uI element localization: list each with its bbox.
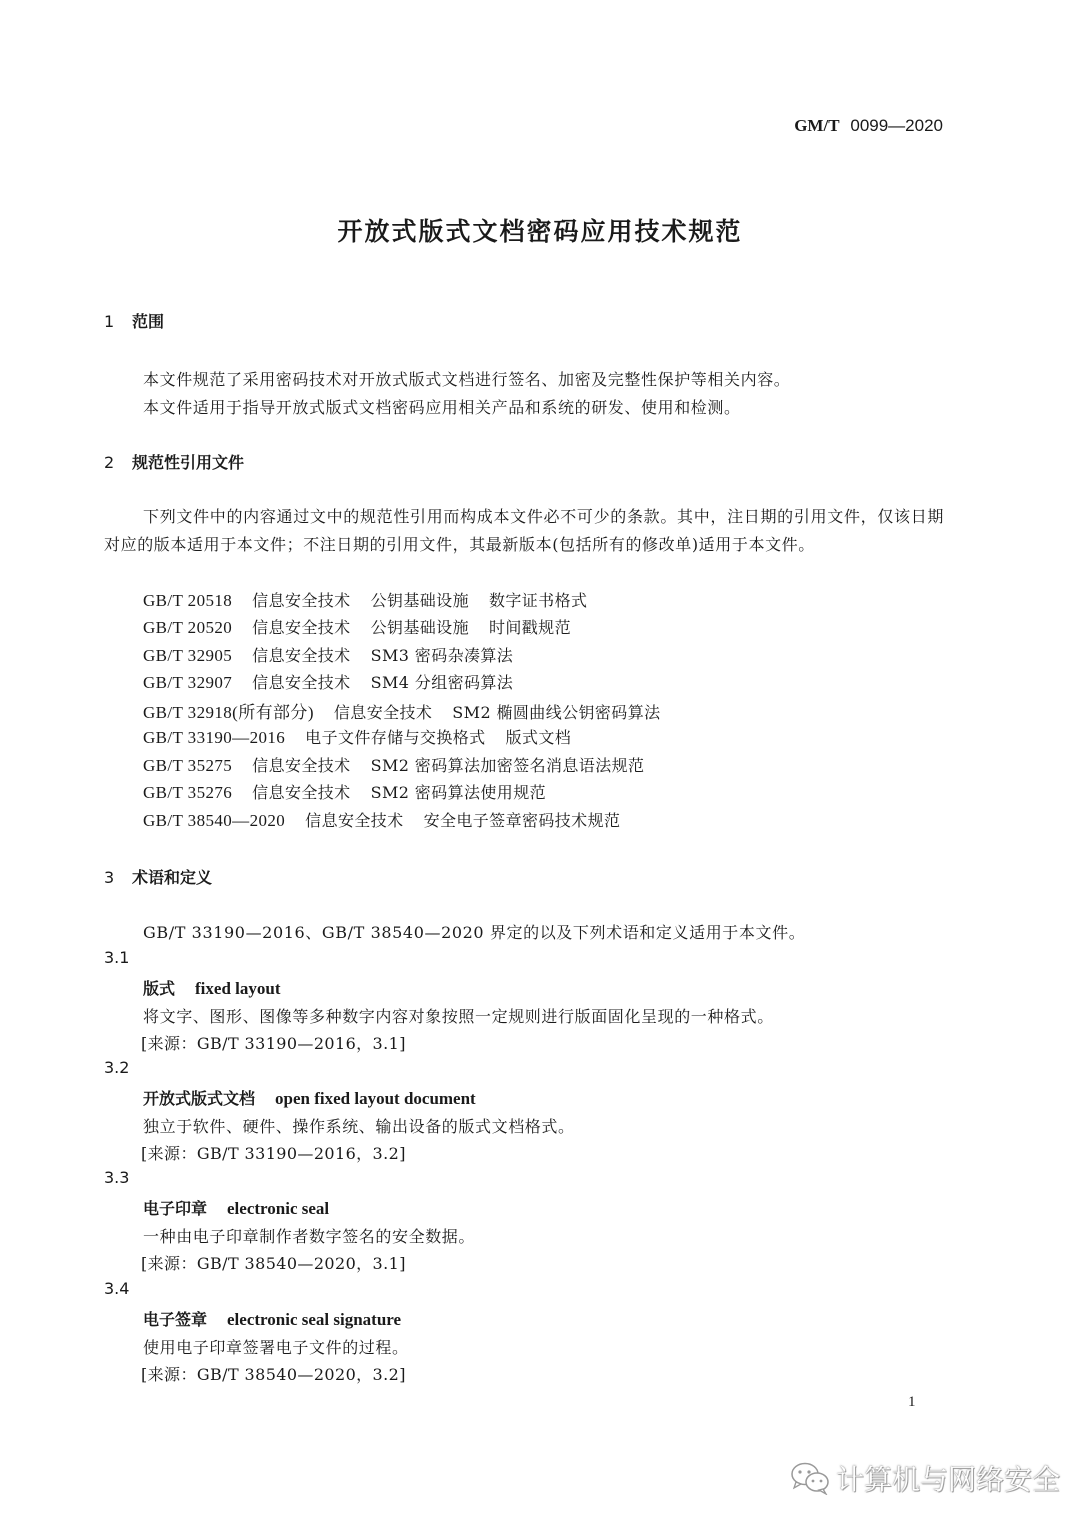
- page-number: 1: [908, 1394, 916, 1411]
- reference-code: GB/T 35276: [143, 783, 232, 802]
- term-name: 开放式版式文档open fixed layout document: [143, 1086, 476, 1109]
- term-name: 电子签章electronic seal signature: [143, 1307, 401, 1330]
- term-source: [来源：GB/T 33190—2016，3.1]: [141, 1031, 406, 1054]
- reference-title-part: 信息安全技术: [252, 618, 350, 637]
- term-definition: 独立于软件、硬件、操作系统、输出设备的版式文档格式。: [143, 1114, 575, 1137]
- references-intro: 下列文件中的内容通过文中的规范性引用而构成本文件必不可少的条款。其中，注日期的引…: [104, 503, 944, 558]
- reference-code: GB/T 32907: [143, 673, 232, 692]
- reference-title-part: 信息安全技术: [252, 591, 350, 610]
- reference-item: GB/T 32918(所有部分)信息安全技术SM2 椭圆曲线公钥密码算法: [143, 698, 661, 723]
- section-heading-3: 3术语和定义: [104, 865, 212, 888]
- reference-item: GB/T 32905信息安全技术SM3 密码杂凑算法: [143, 643, 513, 666]
- reference-title-part: 公钥基础设施: [371, 618, 469, 637]
- term-en: electronic seal signature: [227, 1310, 401, 1329]
- reference-code: GB/T 32918(所有部分): [143, 703, 314, 722]
- section-heading-1: 1范围: [104, 309, 164, 332]
- reference-code: GB/T 38540—2020: [143, 811, 285, 830]
- reference-title-part: 电子文件存储与交换格式: [305, 728, 485, 747]
- reference-title-part: 信息安全技术: [334, 703, 432, 722]
- reference-code: GB/T 20520: [143, 618, 232, 637]
- term-zh: 电子印章: [143, 1199, 207, 1218]
- term-name: 版式fixed layout: [143, 976, 281, 999]
- section-heading-2: 2规范性引用文件: [104, 450, 244, 473]
- watermark-text: 计算机与网络安全: [836, 1458, 1060, 1498]
- reference-title-part: SM2 椭圆曲线公钥密码算法: [452, 703, 660, 722]
- reference-title-part: SM4 分组密码算法: [371, 673, 514, 692]
- reference-item: GB/T 38540—2020信息安全技术安全电子签章密码技术规范: [143, 808, 620, 831]
- reference-title-part: SM2 密码算法加密签名消息语法规范: [371, 756, 645, 775]
- reference-title-part: 信息安全技术: [252, 673, 350, 692]
- std-prefix: GM/T: [794, 116, 839, 135]
- reference-title-part: 时间戳规范: [489, 618, 571, 637]
- standard-number: GM/T 0099—2020: [794, 116, 943, 136]
- reference-title-part: 信息安全技术: [252, 756, 350, 775]
- reference-title-part: 公钥基础设施: [371, 591, 469, 610]
- term-number: 3.1: [104, 948, 129, 967]
- reference-title-part: 版式文档: [506, 728, 572, 747]
- term-number: 3.2: [104, 1058, 129, 1077]
- reference-title-part: 信息安全技术: [252, 646, 350, 665]
- term-number: 3.4: [104, 1279, 129, 1298]
- term-definition: 将文字、图形、图像等多种数字内容对象按照一定规则进行版面固化呈现的一种格式。: [143, 1004, 774, 1027]
- document-title: 开放式版式文档密码应用技术规范: [0, 212, 1080, 248]
- reference-title-part: SM3 密码杂凑算法: [371, 646, 514, 665]
- term-source: [来源：GB/T 33190—2016，3.2]: [141, 1141, 406, 1164]
- term-definition: 使用电子印章签署电子文件的过程。: [143, 1335, 409, 1358]
- wechat-icon: [790, 1461, 830, 1495]
- reference-item: GB/T 35276信息安全技术SM2 密码算法使用规范: [143, 780, 546, 803]
- reference-item: GB/T 20518信息安全技术公钥基础设施数字证书格式: [143, 588, 587, 611]
- reference-title-part: SM2 密码算法使用规范: [371, 783, 546, 802]
- reference-title-part: 数字证书格式: [489, 591, 587, 610]
- scope-paragraph-2: 本文件适用于指导开放式版式文档密码应用相关产品和系统的研发、使用和检测。: [143, 395, 741, 418]
- reference-code: GB/T 20518: [143, 591, 232, 610]
- reference-title-part: 信息安全技术: [305, 811, 403, 830]
- term-en: open fixed layout document: [275, 1089, 476, 1108]
- term-source: [来源：GB/T 38540—2020，3.1]: [141, 1251, 406, 1274]
- term-definition: 一种由电子印章制作者数字签名的安全数据。: [143, 1224, 475, 1247]
- term-number: 3.3: [104, 1168, 129, 1187]
- reference-code: GB/T 35275: [143, 756, 232, 775]
- reference-code: GB/T 32905: [143, 646, 232, 665]
- terms-intro: GB/T 33190—2016、GB/T 38540—2020 界定的以及下列术…: [143, 920, 805, 943]
- term-source: [来源：GB/T 38540—2020，3.2]: [141, 1362, 406, 1385]
- term-zh: 电子签章: [143, 1310, 207, 1329]
- reference-item: GB/T 35275信息安全技术SM2 密码算法加密签名消息语法规范: [143, 753, 644, 776]
- reference-code: GB/T 33190—2016: [143, 728, 285, 747]
- term-zh: 版式: [143, 979, 175, 998]
- std-code: 0099—2020: [850, 116, 943, 135]
- reference-title-part: 安全电子签章密码技术规范: [424, 811, 621, 830]
- scope-paragraph-1: 本文件规范了采用密码技术对开放式版式文档进行签名、加密及完整性保护等相关内容。: [143, 367, 790, 390]
- term-zh: 开放式版式文档: [143, 1089, 255, 1108]
- term-en: fixed layout: [195, 979, 280, 998]
- term-en: electronic seal: [227, 1199, 329, 1218]
- reference-item: GB/T 33190—2016电子文件存储与交换格式版式文档: [143, 725, 571, 748]
- reference-item: GB/T 32907信息安全技术SM4 分组密码算法: [143, 670, 513, 693]
- reference-title-part: 信息安全技术: [252, 783, 350, 802]
- reference-item: GB/T 20520信息安全技术公钥基础设施时间戳规范: [143, 615, 571, 638]
- watermark: 计算机与网络安全: [790, 1458, 1060, 1498]
- term-name: 电子印章electronic seal: [143, 1196, 329, 1219]
